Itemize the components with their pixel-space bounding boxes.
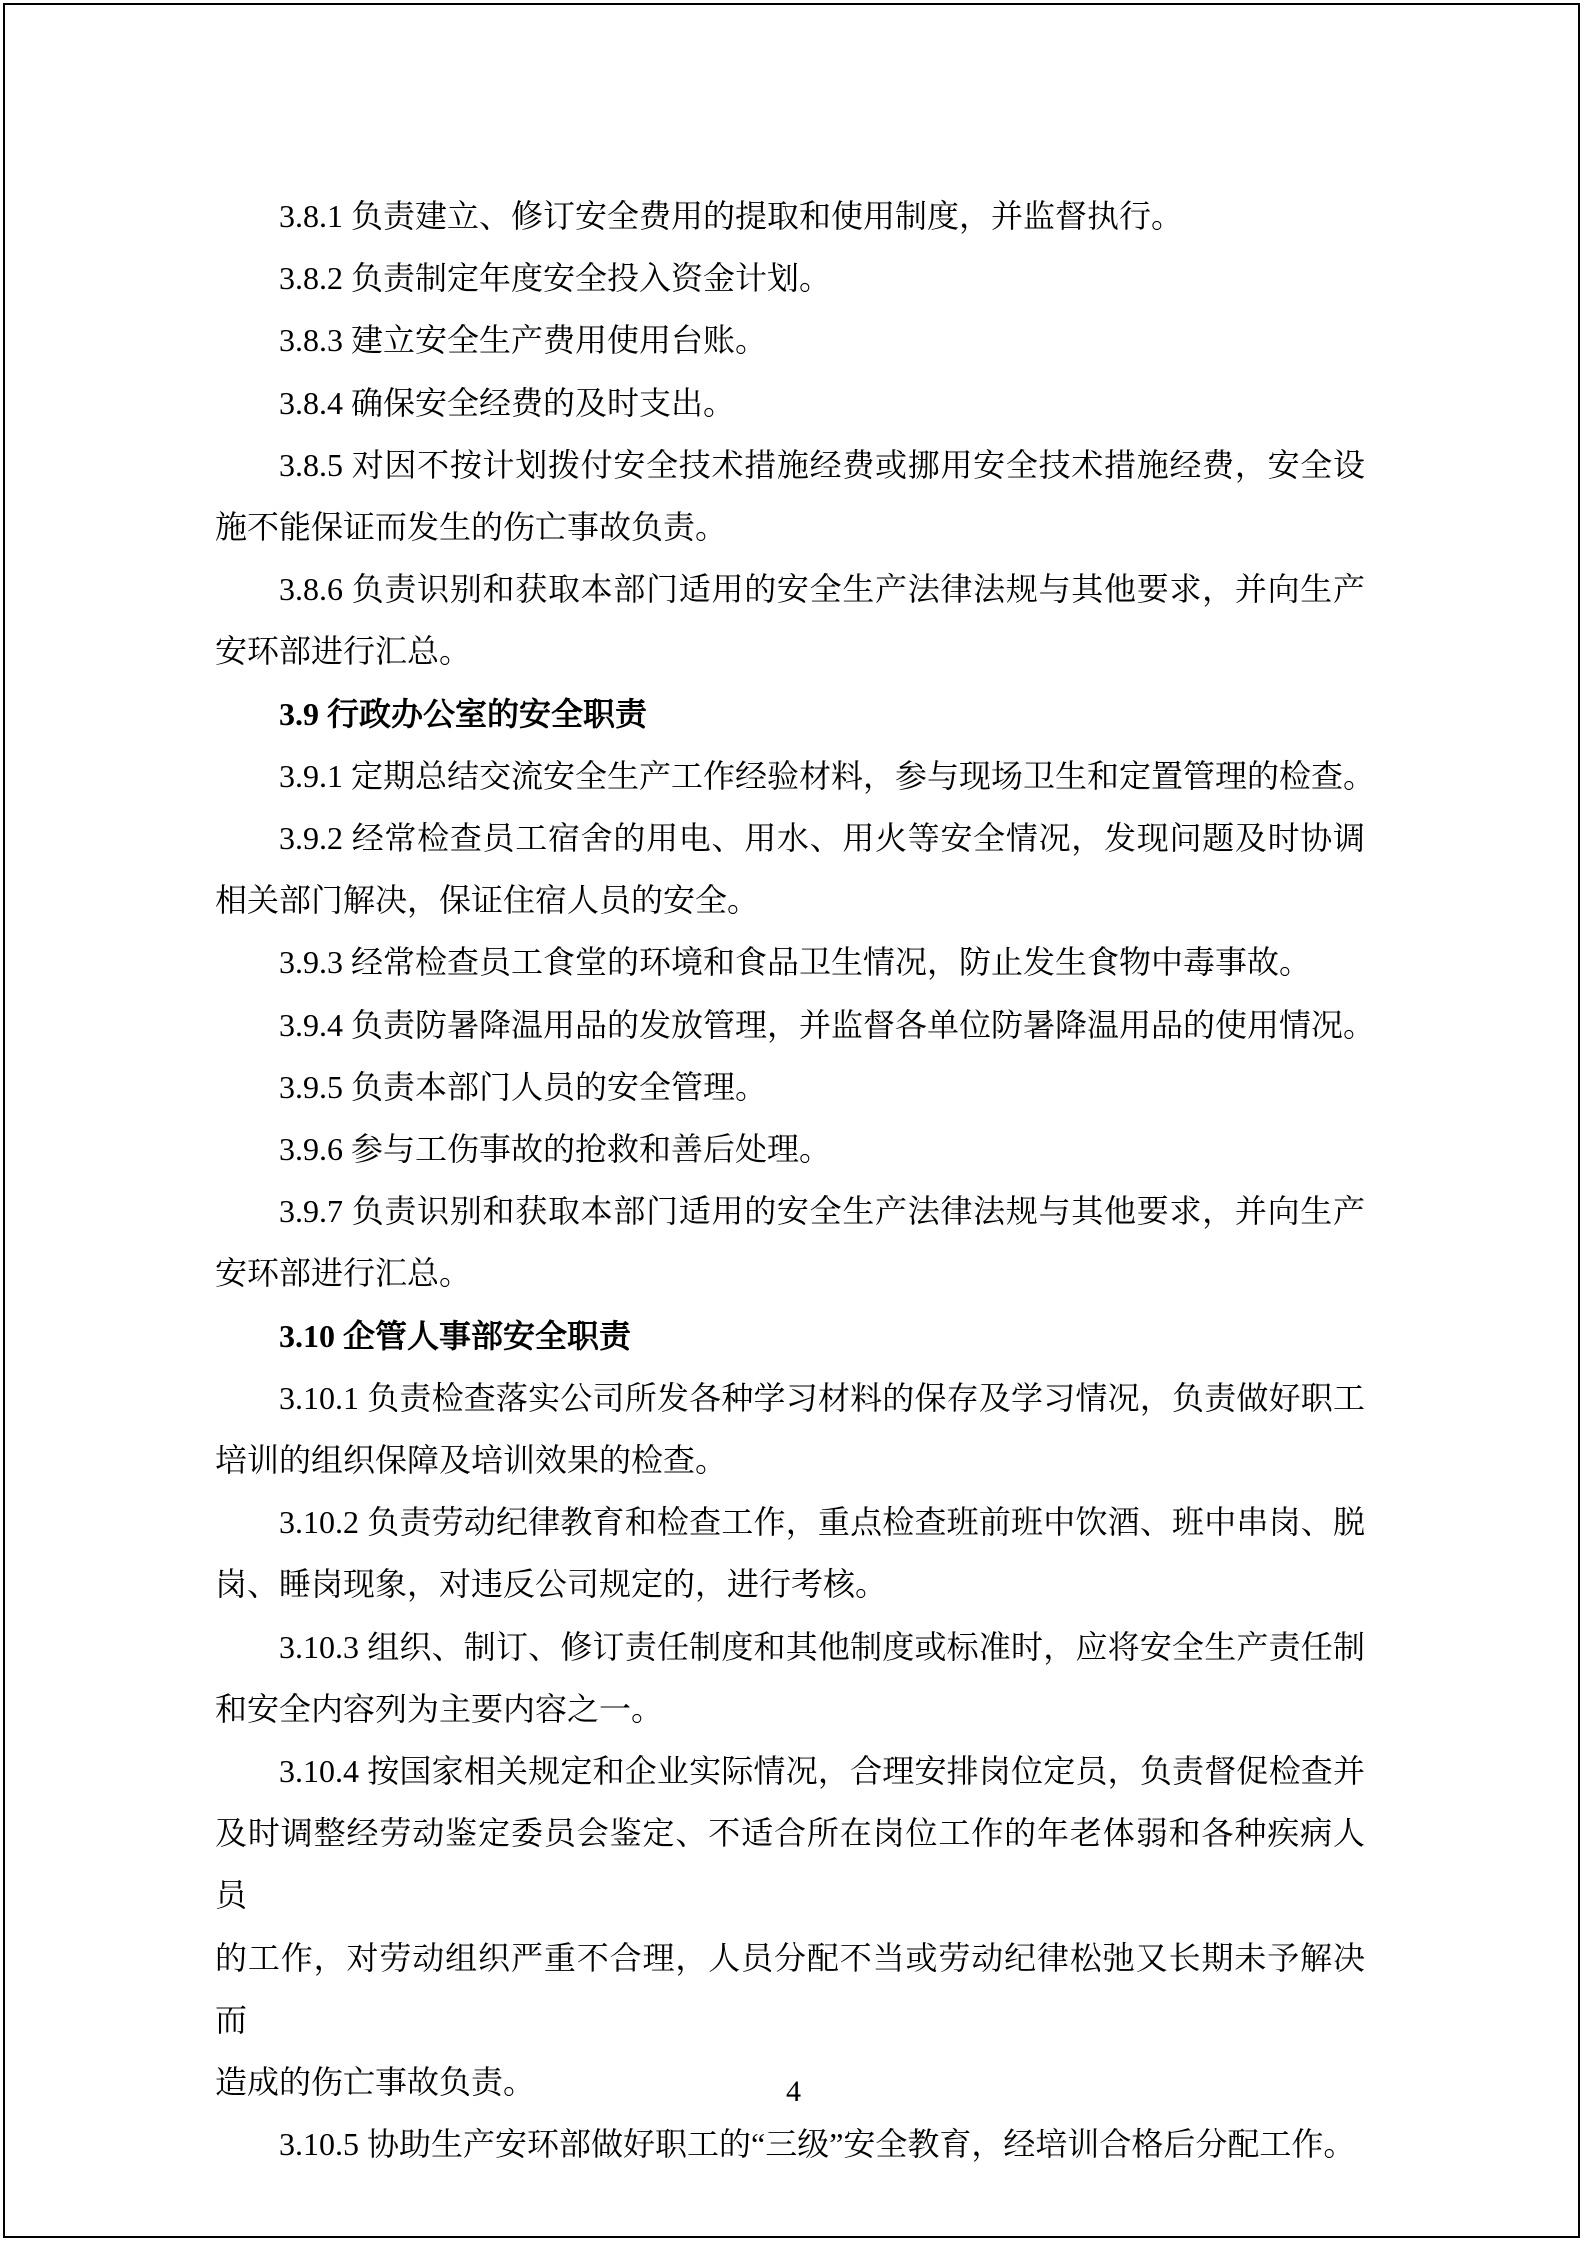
paragraph-line: 3.10.4 按国家相关规定和企业实际情况，合理安排岗位定员，负责督促检查并 — [215, 1740, 1365, 1802]
paragraph-line: 3.9.7 负责识别和获取本部门适用的安全生产法律法规与其他要求，并向生产 — [215, 1180, 1365, 1242]
paragraph-line: 3.10.2 负责劳动纪律教育和检查工作，重点检查班前班中饮酒、班中串岗、脱 — [215, 1491, 1365, 1553]
paragraph-line: 岗、睡岗现象，对违反公司规定的，进行考核。 — [215, 1553, 1365, 1615]
paragraph-line: 3.10.5 协助生产安环部做好职工的“三级”安全教育，经培训合格后分配工作。 — [215, 2113, 1365, 2175]
paragraph-line: 3.9.1 定期总结交流安全生产工作经验材料，参与现场卫生和定置管理的检查。 — [215, 745, 1365, 807]
paragraph-line: 3.9.5 负责本部门人员的安全管理。 — [215, 1056, 1365, 1118]
paragraph-line: 3.10.3 组织、制订、修订责任制度和其他制度或标准时，应将安全生产责任制 — [215, 1616, 1365, 1678]
paragraph-line: 相关部门解决，保证住宿人员的安全。 — [215, 869, 1365, 931]
paragraph-line: 3.9.2 经常检查员工宿舍的用电、用水、用火等安全情况，发现问题及时协调 — [215, 807, 1365, 869]
paragraph-line: 3.8.5 对因不按计划拨付安全技术措施经费或挪用安全技术措施经费，安全设 — [215, 434, 1365, 496]
section-heading: 3.9 行政办公室的安全职责 — [215, 683, 1365, 745]
paragraph-line: 和安全内容列为主要内容之一。 — [215, 1678, 1365, 1740]
paragraph-line: 3.9.4 负责防暑降温用品的发放管理，并监督各单位防暑降温用品的使用情况。 — [215, 994, 1365, 1056]
paragraph-line: 安环部进行汇总。 — [215, 1242, 1365, 1304]
paragraph-line: 安环部进行汇总。 — [215, 620, 1365, 682]
page-number: 4 — [0, 2072, 1587, 2112]
paragraph-line: 3.9.3 经常检查员工食堂的环境和食品卫生情况，防止发生食物中毒事故。 — [215, 931, 1365, 993]
paragraph-line: 3.8.2 负责制定年度安全投入资金计划。 — [215, 247, 1365, 309]
paragraph-line: 施不能保证而发生的伤亡事故负责。 — [215, 496, 1365, 558]
paragraph-line: 培训的组织保障及培训效果的检查。 — [215, 1429, 1365, 1491]
paragraph-line: 3.9.6 参与工伤事故的抢救和善后处理。 — [215, 1118, 1365, 1180]
paragraph-line: 3.8.3 建立安全生产费用使用台账。 — [215, 309, 1365, 371]
paragraph-line: 3.10.1 负责检查落实公司所发各种学习材料的保存及学习情况，负责做好职工 — [215, 1367, 1365, 1429]
document-body: 3.8.1 负责建立、修订安全费用的提取和使用制度，并监督执行。3.8.2 负责… — [215, 185, 1365, 2176]
document-page: 3.8.1 负责建立、修订安全费用的提取和使用制度，并监督执行。3.8.2 负责… — [0, 0, 1587, 2245]
paragraph-line: 及时调整经劳动鉴定委员会鉴定、不适合所在岗位工作的年老体弱和各种疾病人员 — [215, 1802, 1365, 1926]
paragraph-line: 的工作，对劳动组织严重不合理，人员分配不当或劳动纪律松弛又长期未予解决而 — [215, 1927, 1365, 2051]
paragraph-line: 3.8.4 确保安全经费的及时支出。 — [215, 372, 1365, 434]
paragraph-line: 3.8.1 负责建立、修订安全费用的提取和使用制度，并监督执行。 — [215, 185, 1365, 247]
section-heading: 3.10 企管人事部安全职责 — [215, 1305, 1365, 1367]
paragraph-line: 3.8.6 负责识别和获取本部门适用的安全生产法律法规与其他要求，并向生产 — [215, 558, 1365, 620]
